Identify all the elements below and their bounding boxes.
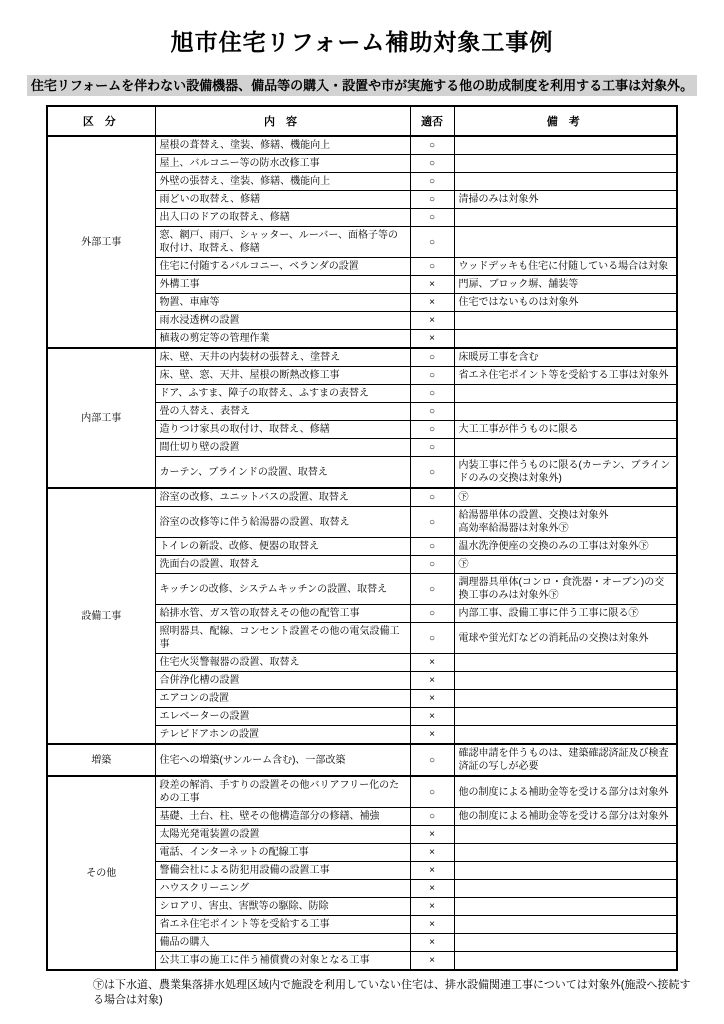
work-content: 基礎、土台、柱、壁その他構造部分の修繕、補強 [155,808,410,826]
eligibility-mark: ○ [410,538,454,556]
remark: 清掃のみは対象外 [454,191,677,209]
eligibility-mark: × [410,708,454,726]
work-content: 間仕切り壁の設置 [155,439,410,457]
remark: 大工工事が伴うものに限る [454,421,677,439]
work-content: 窓、網戸、雨戸、シャッター、ルーバー、面格子等の取付け、取替え、修繕 [155,227,410,258]
eligibility-mark: × [410,276,454,294]
eligibility-mark: × [410,952,454,971]
category-cell: 内部工事 [47,348,155,488]
eligibility-mark: ○ [410,605,454,623]
eligibility-mark: ○ [410,421,454,439]
eligibility-mark: ○ [410,136,454,155]
remark [454,934,677,952]
remark [454,312,677,330]
eligibility-mark: ○ [410,385,454,403]
work-content: カーテン、ブラインドの設置、取替え [155,457,410,489]
work-content: 給排水管、ガス管の取替えその他の配管工事 [155,605,410,623]
notice-banner: 住宅リフォームを伴わない設備機器、備品等の購入・設置や市が実施する他の助成制度を… [14,75,710,96]
remark [454,173,677,191]
remark: 電球や蛍光灯などの消耗品の交換は対象外 [454,623,677,654]
remark [454,880,677,898]
remark [454,844,677,862]
notice-text: 住宅リフォームを伴わない設備機器、備品等の購入・設置や市が実施する他の助成制度を… [27,75,697,96]
remark [454,403,677,421]
work-content: エレベーターの設置 [155,708,410,726]
eligibility-mark: × [410,312,454,330]
eligibility-mark: ○ [410,623,454,654]
work-content: 出入口のドアの取替え、修繕 [155,209,410,227]
remark [454,136,677,155]
eligibility-mark: × [410,898,454,916]
work-content: 段差の解消、手すりの設置その他バリアフリー化のための工事 [155,776,410,808]
eligibility-mark: ○ [410,173,454,191]
work-content: 外壁の張替え、塗装、修繕、機能向上 [155,173,410,191]
column-header-eligibility: 適否 [410,106,454,136]
remark: 調理器具単体(コンロ・食洗器・オーブン)の交換工事のみは対象外㊦ [454,574,677,605]
table-row: 外部工事屋根の葺替え、塗装、修繕、機能向上○ [47,136,677,155]
remark: 内部工事、設備工事に伴う工事に限る㊦ [454,605,677,623]
eligibility-mark: × [410,844,454,862]
remark: 床暖房工事を含む [454,348,677,367]
work-content: 住宅火災警報器の設置、取替え [155,654,410,672]
work-content: ハウスクリーニング [155,880,410,898]
eligibility-mark: × [410,654,454,672]
eligibility-mark: × [410,330,454,349]
eligibility-mark: × [410,726,454,745]
work-content: 省エネ住宅ポイント等を受給する工事 [155,916,410,934]
work-content: 屋根の葺替え、塗装、修繕、機能向上 [155,136,410,155]
remark: 他の制度による補助金等を受ける部分は対象外 [454,808,677,826]
work-content: 太陽光発電装置の設置 [155,826,410,844]
eligibility-mark: ○ [410,191,454,209]
work-content: 照明器具、配線、コンセント設置その他の電気設備工事 [155,623,410,654]
work-content: 雨水浸透桝の設置 [155,312,410,330]
work-content: 住宅への増築(サンルーム含む)、一部改築 [155,744,410,776]
remark: ㊦ [454,556,677,574]
work-content: 外構工事 [155,276,410,294]
work-content: キッチンの改修、システムキッチンの設置、取替え [155,574,410,605]
eligibility-mark: ○ [410,209,454,227]
remark: 内装工事に伴うものに限る(カーテン、ブラインドのみの交換は対象外) [454,457,677,489]
remark [454,690,677,708]
remark [454,227,677,258]
document-page: 旭市住宅リフォーム補助対象工事例 住宅リフォームを伴わない設備機器、備品等の購入… [0,0,724,1008]
column-header-remarks: 備 考 [454,106,677,136]
table-row: 設備工事浴室の改修、ユニットバスの設置、取替え○㊦ [47,488,677,507]
category-cell: 増築 [47,744,155,776]
remark [454,672,677,690]
header-row: 区 分 内 容 適否 備 考 [47,106,677,136]
category-cell: 外部工事 [47,136,155,348]
column-header-content: 内 容 [155,106,410,136]
eligibility-mark: ○ [410,776,454,808]
eligibility-mark: ○ [410,227,454,258]
category-cell: その他 [47,776,155,970]
eligibility-mark: × [410,916,454,934]
eligibility-mark: × [410,934,454,952]
eligibility-mark: ○ [410,556,454,574]
eligibility-mark: × [410,880,454,898]
work-content: シロアリ、害虫、害獣等の駆除、防除 [155,898,410,916]
remark [454,862,677,880]
eligibility-mark: ○ [410,488,454,507]
remark [454,916,677,934]
eligibility-mark: ○ [410,439,454,457]
eligibility-mark: ○ [410,258,454,276]
remark: ㊦ [454,488,677,507]
work-content: 公共工事の施工に伴う補償費の対象となる工事 [155,952,410,971]
work-content: 浴室の改修等に伴う給湯器の設置、取替え [155,507,410,538]
remark [454,654,677,672]
remark [454,439,677,457]
work-content: 造りつけ家具の取付け、取替え、修繕 [155,421,410,439]
work-content: 植栽の剪定等の管理作業 [155,330,410,349]
remark: 省エネ住宅ポイント等を受給する工事は対象外 [454,367,677,385]
work-table: 区 分 内 容 適否 備 考 外部工事屋根の葺替え、塗装、修繕、機能向上○ 屋上… [46,105,678,971]
work-content: 警備会社による防犯用設備の設置工事 [155,862,410,880]
remark [454,155,677,173]
remark [454,898,677,916]
work-content: 浴室の改修、ユニットバスの設置、取替え [155,488,410,507]
work-content: 物置、車庫等 [155,294,410,312]
table-row: 内部工事床、壁、天井の内装材の張替え、塗替え○床暖房工事を含む [47,348,677,367]
remark: 門扉、ブロック塀、舗装等 [454,276,677,294]
remark [454,726,677,745]
eligibility-mark: ○ [410,403,454,421]
eligibility-mark: ○ [410,744,454,776]
work-content: 雨どいの取替え、修繕 [155,191,410,209]
eligibility-mark: ○ [410,457,454,489]
remark [454,708,677,726]
remark [454,385,677,403]
remark: 他の制度による補助金等を受ける部分は対象外 [454,776,677,808]
remark: 確認申請を伴うものは、建築確認済証及び検査済証の写しが必要 [454,744,677,776]
work-content: 合併浄化槽の設置 [155,672,410,690]
work-content: 畳の入替え、表替え [155,403,410,421]
work-content: トイレの新設、改修、便器の取替え [155,538,410,556]
eligibility-mark: ○ [410,574,454,605]
eligibility-mark: ○ [410,348,454,367]
work-content: テレビドアホンの設置 [155,726,410,745]
remark: 温水洗浄便座の交換のみの工事は対象外㊦ [454,538,677,556]
remark: 給湯器単体の設置、交換は対象外 高効率給湯器は対象外㊦ [454,507,677,538]
page-title: 旭市住宅リフォーム補助対象工事例 [0,24,724,57]
eligibility-mark: ○ [410,367,454,385]
eligibility-mark: × [410,672,454,690]
remark [454,209,677,227]
work-content: 床、壁、窓、天井、屋根の断熱改修工事 [155,367,410,385]
work-content: 屋上、バルコニー等の防水改修工事 [155,155,410,173]
eligibility-mark: × [410,862,454,880]
work-content: エアコンの設置 [155,690,410,708]
work-content: 洗面台の設置、取替え [155,556,410,574]
remark [454,330,677,349]
remark [454,952,677,971]
eligibility-mark: ○ [410,808,454,826]
work-content: 備品の購入 [155,934,410,952]
category-cell: 設備工事 [47,488,155,744]
eligibility-mark: ○ [410,155,454,173]
eligibility-mark: × [410,826,454,844]
column-header-category: 区 分 [47,106,155,136]
remark: ウッドデッキも住宅に付随している場合は対象 [454,258,677,276]
remark: 住宅ではないものは対象外 [454,294,677,312]
eligibility-mark: × [410,690,454,708]
work-content: 電話、インターネットの配線工事 [155,844,410,862]
table-row: 増築住宅への増築(サンルーム含む)、一部改築○確認申請を伴うものは、建築確認済証… [47,744,677,776]
eligibility-mark: ○ [410,507,454,538]
eligibility-mark: × [410,294,454,312]
work-content: ドア、ふすま、障子の取替え、ふすまの表替え [155,385,410,403]
work-content: 住宅に付随するバルコニー、ベランダの設置 [155,258,410,276]
table-row: その他段差の解消、手すりの設置その他バリアフリー化のための工事○他の制度による補… [47,776,677,808]
remark [454,826,677,844]
footnote: ㊦は下水道、農業集落排水処理区域内で施設を利用していない住宅は、排水設備関連工事… [93,978,693,1008]
work-content: 床、壁、天井の内装材の張替え、塗替え [155,348,410,367]
